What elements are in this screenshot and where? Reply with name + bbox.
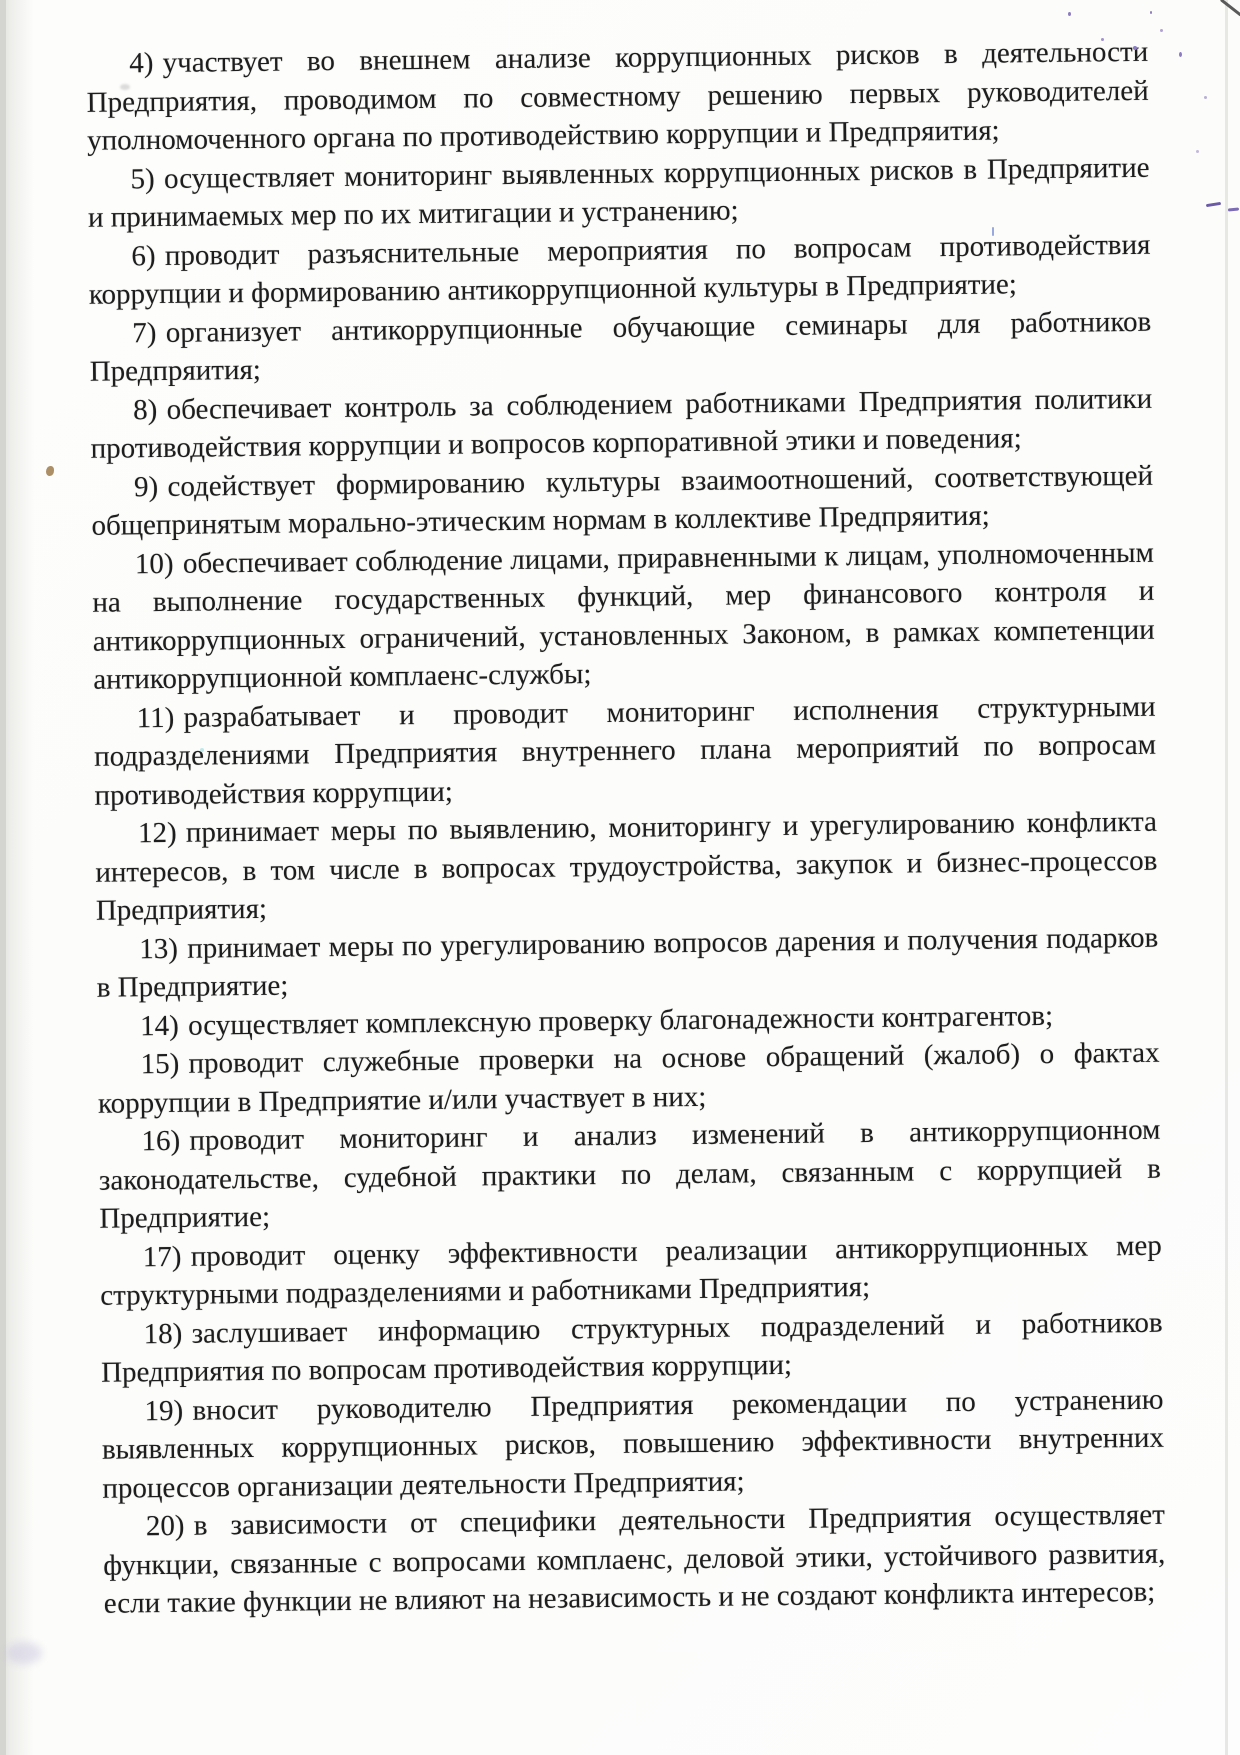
list-item: 7)организует антикоррупционные обучающие… xyxy=(89,302,1152,391)
list-item: 10)обеспечивает соблюдение лицами, прира… xyxy=(92,533,1156,699)
list-item: 17)проводит оценку эффективности реализа… xyxy=(100,1226,1163,1315)
item-text: участвует во внешнем анализе коррупционн… xyxy=(86,36,1148,157)
item-number: 17) xyxy=(143,1240,182,1272)
item-text: содействует формированию культуры взаимо… xyxy=(91,459,1153,542)
scanner-edge-shadow-left xyxy=(0,0,34,1755)
item-text: проводит оценку эффективности реализации… xyxy=(100,1229,1162,1312)
item-number: 19) xyxy=(144,1394,183,1426)
item-number: 5) xyxy=(130,163,155,195)
list-item: 6)проводит разъяснительные мероприятия п… xyxy=(88,225,1151,314)
list-item: 11)разрабатывает и проводит мониторинг и… xyxy=(93,687,1156,815)
item-number: 18) xyxy=(143,1317,182,1349)
item-number: 9) xyxy=(134,471,159,503)
item-number: 13) xyxy=(139,932,178,964)
item-text: проводит разъяснительные мероприятия по … xyxy=(89,228,1151,311)
item-text: проводит служебные проверки на основе об… xyxy=(98,1037,1160,1120)
list-item: 4)участвует во внешнем анализе коррупцио… xyxy=(86,33,1149,161)
item-text: организует антикоррупционные обучающие с… xyxy=(90,305,1152,388)
document-body-text: 4)участвует во внешнем анализе коррупцио… xyxy=(86,33,1166,1623)
item-text: вносит руководителю Предприятия рекоменд… xyxy=(102,1383,1164,1504)
item-text: обеспечивает соблюдение лицами, приравне… xyxy=(92,536,1155,696)
ink-speckle xyxy=(1204,96,1207,99)
item-text: заслушивает информацию структурных подра… xyxy=(101,1306,1163,1389)
list-item: 18)заслушивает информацию структурных по… xyxy=(100,1303,1163,1392)
item-text: в зависимости от специфики деятельности … xyxy=(103,1499,1165,1620)
scanner-edge-strip-left xyxy=(0,0,6,1755)
item-number: 16) xyxy=(141,1125,180,1157)
pen-dash-mark xyxy=(1228,207,1239,211)
pen-corner-mark xyxy=(1220,0,1240,17)
item-number: 8) xyxy=(133,394,158,426)
ink-speckle xyxy=(1196,150,1199,153)
ink-speckle xyxy=(1068,12,1071,16)
pen-dash-mark xyxy=(1206,202,1221,207)
list-item: 12)принимает меры по выявлению, монитори… xyxy=(95,803,1158,931)
item-number: 4) xyxy=(129,47,154,79)
paper-stain-speck xyxy=(46,466,54,476)
list-item: 16)проводит мониторинг и анализ изменени… xyxy=(98,1111,1161,1239)
ink-speckle xyxy=(1179,52,1182,57)
item-text: принимает меры по выявлению, мониторингу… xyxy=(95,806,1157,927)
item-number: 11) xyxy=(136,701,174,733)
page-edge-line-right xyxy=(1225,0,1228,1755)
item-number: 15) xyxy=(140,1048,179,1080)
document-page: 4)участвует во внешнем анализе коррупцио… xyxy=(0,0,1240,1755)
list-item: 20)в зависимости от специфики деятельнос… xyxy=(103,1496,1166,1624)
ink-speckle xyxy=(1160,29,1163,32)
ink-speckle xyxy=(1150,11,1152,14)
item-text: осуществляет мониторинг выявленных корру… xyxy=(88,151,1150,234)
item-text: принимает меры по урегулированию вопросо… xyxy=(97,921,1159,1004)
scan-smudge xyxy=(6,1642,42,1664)
item-number: 6) xyxy=(131,240,156,272)
list-item: 19)вносит руководителю Предприятия реком… xyxy=(101,1380,1164,1508)
item-number: 12) xyxy=(138,817,177,849)
item-text: проводит мониторинг и анализ изменений в… xyxy=(99,1114,1161,1235)
list-item: 15)проводит служебные проверки на основе… xyxy=(97,1034,1160,1123)
list-item: 13)принимает меры по урегулированию вопр… xyxy=(96,918,1159,1007)
scanned-page: { "page": { "kind": "scanned legal docum… xyxy=(0,0,1240,1755)
list-item: 9)содействует формированию культуры взаи… xyxy=(91,456,1154,545)
item-text: обеспечивает контроль за соблюдением раб… xyxy=(90,382,1152,465)
item-number: 10) xyxy=(135,547,174,579)
item-number: 7) xyxy=(132,317,157,349)
list-item: 5)осуществляет мониторинг выявленных кор… xyxy=(87,148,1150,237)
item-text: разрабатывает и проводит мониторинг испо… xyxy=(94,690,1156,811)
list-item: 8)обеспечивает контроль за соблюдением р… xyxy=(90,379,1153,468)
item-number: 20) xyxy=(146,1510,185,1542)
item-number: 14) xyxy=(140,1009,179,1041)
item-text: осуществляет комплексную проверку благон… xyxy=(188,999,1053,1041)
